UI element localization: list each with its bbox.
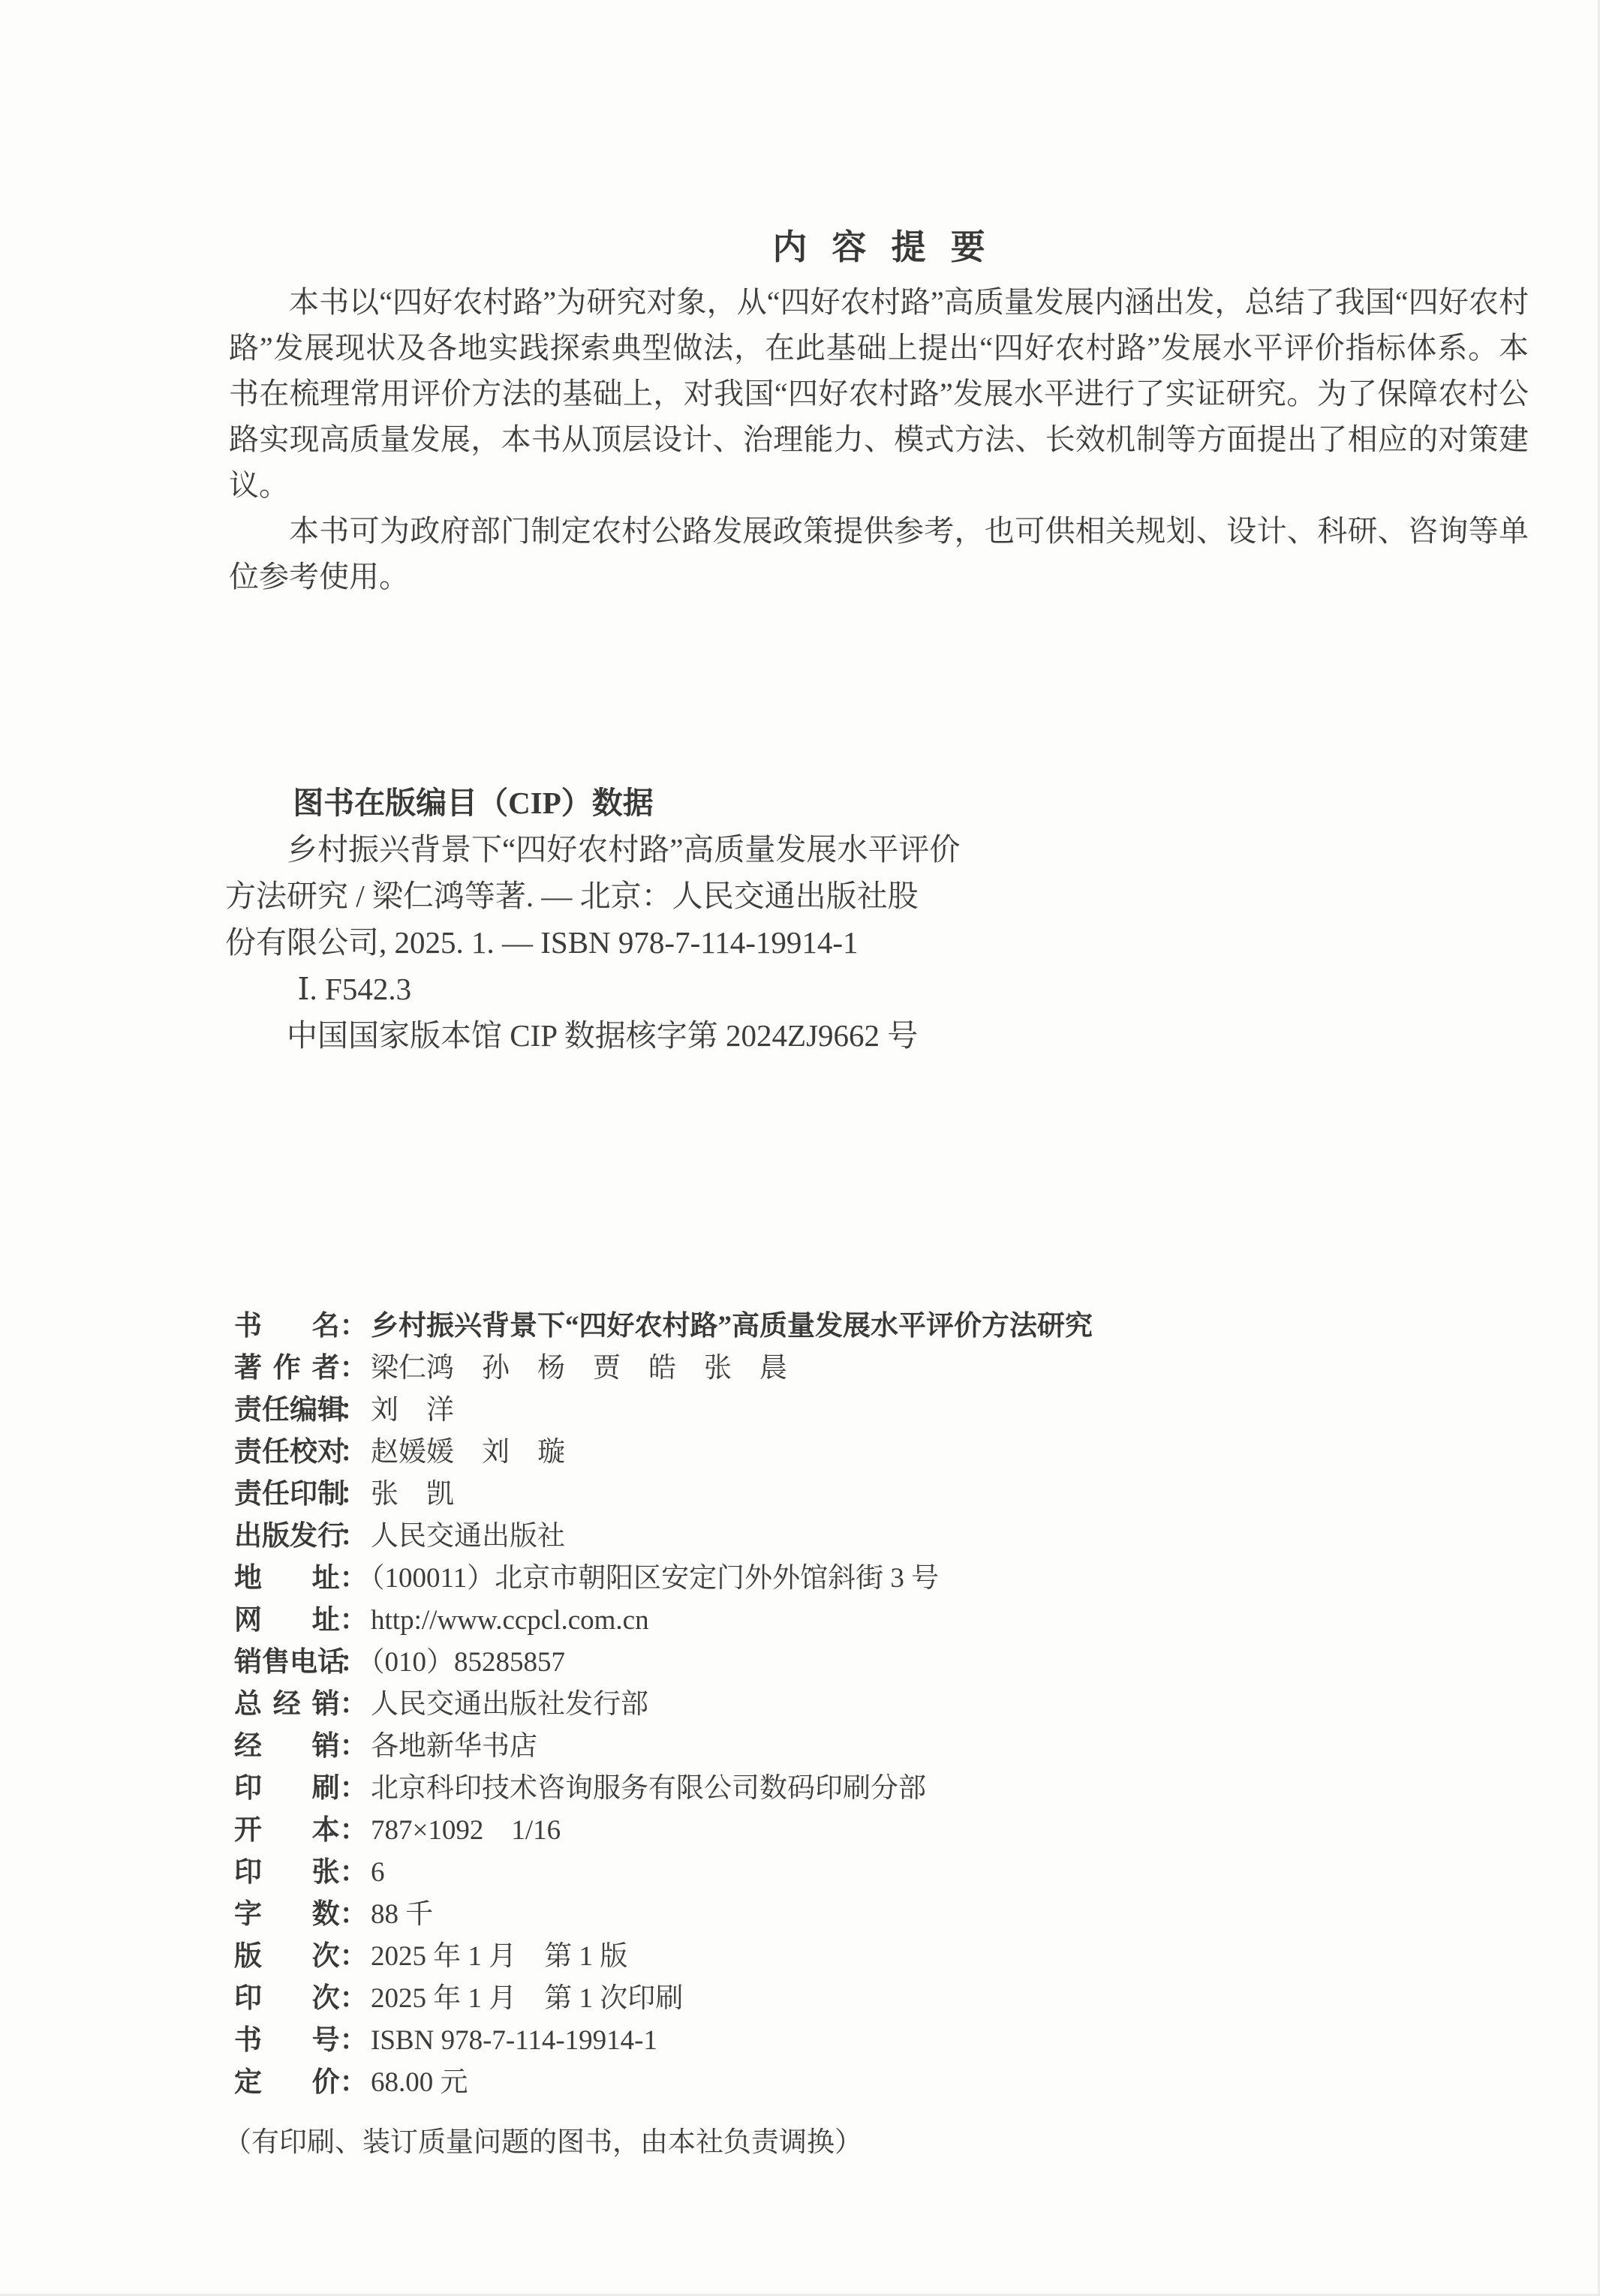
detail-value: 赵媛媛 刘 璇 bbox=[371, 1437, 565, 1468]
detail-label: 责任校对 bbox=[234, 1432, 340, 1474]
detail-value: 人民交通出版社 bbox=[371, 1521, 565, 1552]
detail-row: 印次：2025 年 1 月 第 1 次印刷 bbox=[234, 1978, 1540, 2020]
detail-value: http://www.ccpcl.com.cn bbox=[371, 1605, 649, 1636]
detail-label: 印刷 bbox=[234, 1768, 340, 1810]
detail-row: 责任印制：张 凯 bbox=[234, 1474, 1540, 1516]
detail-colon: ： bbox=[340, 1983, 368, 2014]
detail-value: 6 bbox=[371, 1857, 385, 1888]
detail-colon: ： bbox=[340, 1899, 368, 1930]
detail-colon: ： bbox=[340, 2067, 368, 2098]
detail-value: 2025 年 1 月 第 1 版 bbox=[371, 1941, 627, 1972]
detail-value: 68.00 元 bbox=[371, 2067, 468, 2098]
detail-row: 出版发行：人民交通出版社 bbox=[234, 1516, 1540, 1558]
detail-label: 版次 bbox=[234, 1936, 340, 1978]
detail-row: 印刷：北京科印技术咨询服务有限公司数码印刷分部 bbox=[234, 1768, 1540, 1810]
detail-value: 梁仁鸿 孙 杨 贾 皓 张 晨 bbox=[371, 1353, 787, 1384]
detail-colon: ： bbox=[340, 1941, 368, 1972]
detail-colon: ： bbox=[340, 1563, 368, 1594]
detail-value: 88 千 bbox=[371, 1899, 433, 1930]
detail-value: 人民交通出版社发行部 bbox=[371, 1689, 648, 1720]
detail-value: 乡村振兴背景下“四好农村路”高质量发展水平评价方法研究 bbox=[371, 1311, 1093, 1342]
detail-colon: ： bbox=[340, 1311, 368, 1342]
detail-row: 定价：68.00 元 bbox=[234, 2062, 1540, 2104]
cip-data-block: 图书在版编目（CIP）数据 乡村振兴背景下“四好农村路”高质量发展水平评价 方法… bbox=[225, 780, 1321, 1059]
detail-label: 地址 bbox=[234, 1558, 340, 1600]
cip-line: 份有限公司, 2025. 1. — ISBN 978-7-114-19914-1 bbox=[225, 919, 1321, 966]
detail-label: 字数 bbox=[234, 1894, 340, 1936]
cip-lines: 乡村振兴背景下“四好农村路”高质量发展水平评价 方法研究 / 梁仁鸿等著. — … bbox=[225, 826, 1321, 1059]
detail-label: 出版发行 bbox=[234, 1516, 340, 1558]
detail-label: 著作者 bbox=[234, 1348, 340, 1390]
detail-colon: ： bbox=[340, 1647, 368, 1678]
detail-colon: ： bbox=[340, 1689, 368, 1720]
detail-row: 字数：88 千 bbox=[234, 1894, 1540, 1936]
detail-value: ISBN 978-7-114-19914-1 bbox=[371, 2025, 657, 2056]
detail-label: 定价 bbox=[234, 2062, 340, 2104]
detail-value: （100011）北京市朝阳区安定门外外馆斜街 3 号 bbox=[371, 1563, 939, 1594]
detail-colon: ： bbox=[340, 1605, 368, 1636]
copyright-page: 内容提要 本书以“四好农村路”为研究对象，从“四好农村路”高质量发展内涵出发，总… bbox=[0, 0, 1600, 2296]
quality-notice: （有印刷、装订质量问题的图书，由本社负责调换） bbox=[224, 2122, 862, 2164]
detail-row: 责任编辑：刘 洋 bbox=[234, 1390, 1540, 1432]
detail-value: 刘 洋 bbox=[371, 1395, 454, 1426]
detail-label: 开本 bbox=[234, 1810, 340, 1852]
detail-value: 北京科印技术咨询服务有限公司数码印刷分部 bbox=[371, 1773, 926, 1804]
content-summary-heading: 内容提要 bbox=[229, 220, 1529, 269]
detail-row: 网址：http://www.ccpcl.com.cn bbox=[234, 1600, 1540, 1642]
detail-colon: ： bbox=[340, 1395, 368, 1426]
cip-heading: 图书在版编目（CIP）数据 bbox=[225, 780, 1321, 826]
publication-details-list: 书名：乡村振兴背景下“四好农村路”高质量发展水平评价方法研究著作者：梁仁鸿 孙 … bbox=[234, 1306, 1540, 2104]
detail-row: 地址：（100011）北京市朝阳区安定门外外馆斜街 3 号 bbox=[234, 1558, 1540, 1600]
detail-row: 版次：2025 年 1 月 第 1 版 bbox=[234, 1936, 1540, 1978]
detail-colon: ： bbox=[340, 1731, 368, 1762]
detail-colon: ： bbox=[340, 1773, 368, 1804]
detail-colon: ： bbox=[340, 1353, 368, 1384]
detail-label: 网址 bbox=[234, 1600, 340, 1642]
detail-label: 责任编辑 bbox=[234, 1390, 340, 1432]
detail-label: 经销 bbox=[234, 1726, 340, 1768]
detail-value: 各地新华书店 bbox=[371, 1731, 537, 1762]
detail-colon: ： bbox=[340, 1437, 368, 1468]
summary-paragraph: 本书以“四好农村路”为研究对象，从“四好农村路”高质量发展内涵出发，总结了我国“… bbox=[229, 279, 1529, 508]
detail-row: 印张：6 bbox=[234, 1852, 1540, 1894]
detail-label: 印张 bbox=[234, 1852, 340, 1894]
detail-row: 开本：787×1092 1/16 bbox=[234, 1810, 1540, 1852]
content-summary: 本书以“四好农村路”为研究对象，从“四好农村路”高质量发展内涵出发，总结了我国“… bbox=[229, 279, 1529, 600]
detail-label: 销售电话 bbox=[234, 1642, 340, 1684]
cip-line: 中国国家版本馆 CIP 数据核字第 2024ZJ9662 号 bbox=[225, 1012, 1321, 1059]
detail-label: 总经销 bbox=[234, 1684, 340, 1726]
detail-label: 印次 bbox=[234, 1978, 340, 2020]
detail-colon: ： bbox=[340, 2025, 368, 2056]
detail-label: 责任印制 bbox=[234, 1474, 340, 1516]
detail-label: 书号 bbox=[234, 2020, 340, 2062]
cip-line: 乡村振兴背景下“四好农村路”高质量发展水平评价 bbox=[225, 826, 1321, 873]
detail-row: 总经销：人民交通出版社发行部 bbox=[234, 1684, 1540, 1726]
detail-row: 书号：ISBN 978-7-114-19914-1 bbox=[234, 2020, 1540, 2062]
detail-row: 经销：各地新华书店 bbox=[234, 1726, 1540, 1768]
detail-value: 2025 年 1 月 第 1 次印刷 bbox=[371, 1983, 683, 2014]
detail-row: 销售电话：（010）85285857 bbox=[234, 1642, 1540, 1684]
detail-row: 书名：乡村振兴背景下“四好农村路”高质量发展水平评价方法研究 bbox=[234, 1306, 1540, 1348]
cip-line: 方法研究 / 梁仁鸿等著. — 北京：人民交通出版社股 bbox=[225, 873, 1321, 919]
summary-paragraph: 本书可为政府部门制定农村公路发展政策提供参考，也可供相关规划、设计、科研、咨询等… bbox=[229, 508, 1529, 600]
detail-colon: ： bbox=[340, 1857, 368, 1888]
detail-colon: ： bbox=[340, 1521, 368, 1552]
detail-value: 787×1092 1/16 bbox=[371, 1815, 561, 1846]
detail-row: 责任校对：赵媛媛 刘 璇 bbox=[234, 1432, 1540, 1474]
cip-line: Ⅰ. F542.3 bbox=[225, 966, 1321, 1012]
detail-colon: ： bbox=[340, 1815, 368, 1846]
detail-value: （010）85285857 bbox=[371, 1647, 565, 1678]
detail-label: 书名 bbox=[234, 1306, 340, 1348]
detail-row: 著作者：梁仁鸿 孙 杨 贾 皓 张 晨 bbox=[234, 1348, 1540, 1390]
detail-value: 张 凯 bbox=[371, 1479, 454, 1510]
detail-colon: ： bbox=[340, 1479, 368, 1510]
